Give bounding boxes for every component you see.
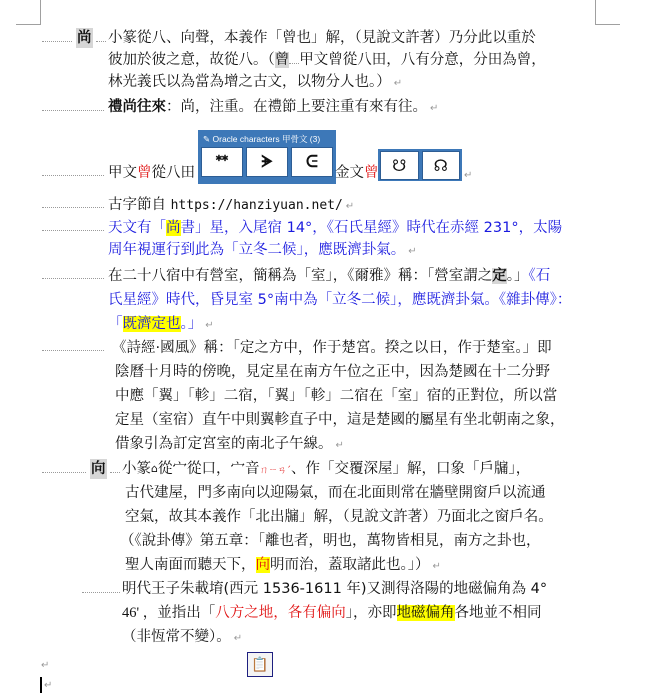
text-line: 天文有「尚書」星，入尾宿 14°，《石氏星經》時代在赤經 231°，太陽 — [108, 218, 562, 240]
text-span: 金文 — [335, 165, 364, 181]
red-char-zeng: 曾 — [137, 165, 152, 181]
page-corner-mark-left — [16, 0, 41, 25]
tab-leader — [42, 207, 104, 209]
oracle-line: 甲文曾從八田 — [108, 163, 195, 185]
text-line: （《說卦傳》第五章：「離也者，明也，萬物皆相見，南方之卦也， — [120, 531, 541, 553]
page-corner-mark-right — [595, 0, 620, 25]
text-line: 古代建屋，門多南向以迎陽氣，而在北面則常在牆壁開窗戶以流通 — [125, 483, 546, 505]
text-line: 氏星經》時代，昏見室 5°南中為「立冬二候」，應既濟卦氣。《雜卦傳》： — [108, 290, 571, 312]
text-line: 定星（室宿）直午中則翼軫直子中，這是楚國的屬星有坐北朝南之象， — [115, 410, 565, 432]
tab-leader — [42, 350, 104, 352]
text-line: 《詩經·國風》稱：「定之方中，作于楚宮。揆之以日，作于楚室。」即 — [112, 338, 552, 360]
text-span: 從宀從口，宀音 — [158, 461, 260, 477]
text-line: 小篆⌂從宀從口，宀音ㄇㄧㄢˊ、作「交覆深屋」解，口象「戶牖」， — [122, 459, 530, 481]
tab-leader — [42, 110, 104, 112]
text-span: 甲文曾從八田，八有分意，分田為曾， — [299, 52, 546, 68]
oracle-widget-title: Oracle characters 甲骨文 (3) — [213, 134, 321, 144]
oracle-widget-header: ✎ Oracle characters 甲骨文 (3) — [199, 131, 335, 147]
text-span: 。」 — [507, 268, 529, 284]
text-span: 《石 — [529, 268, 551, 284]
paragraph-mark: ↵ — [346, 201, 354, 212]
highlighted-char-zeng: 曾 — [275, 52, 290, 68]
highlighted-char-xiang: 向 — [256, 557, 271, 573]
idiom-definition: ：尚，注重。在禮節上要注重有來有往。 — [166, 99, 427, 115]
highlighted-char-ding: 定 — [492, 268, 507, 284]
oracle-characters-widget[interactable]: ✎ Oracle characters 甲骨文 (3) ᕯ ᗘ ᕮ — [198, 130, 336, 184]
tab-leader — [42, 472, 86, 474]
text-line: 在二十八宿中有營室，簡稱為「室」，《爾雅》稱：「營室謂之定。」《石 — [108, 266, 550, 288]
tab-leader — [96, 41, 106, 43]
paragraph-mark: ↵ — [336, 440, 344, 451]
text-line: 明代王子朱載堉(西元 1536-1611 年)又測得洛陽的地磁偏角為 4° — [122, 579, 547, 601]
paste-options-button[interactable]: 📋 — [247, 652, 273, 677]
bronze-glyph-image[interactable]: ☊ — [422, 151, 461, 180]
highlighted-char-shang: 尚 — [166, 220, 181, 236]
text-span: （非恆常不變）。 — [122, 629, 231, 645]
seal-glyph-inline: ⌂ — [151, 462, 158, 475]
text-cursor — [40, 677, 42, 693]
paragraph-mark: ↵ — [408, 246, 416, 257]
text-span: 在二十八宿中有營室，簡稱為「室」，《爾雅》稱：「營室謂之 — [108, 268, 492, 284]
tab-leader — [289, 63, 299, 64]
tab-leader — [110, 472, 120, 474]
text-span: 46' ，並指出「 — [122, 605, 215, 621]
text-span: 小篆 — [122, 461, 151, 477]
text-line: 聖人南面而聽天下，向明而治，蓋取諸此也。」）↵ — [125, 555, 441, 577]
text-span: 」，亦即 — [346, 605, 397, 621]
oracle-glyph-image[interactable]: ᕯ — [201, 147, 243, 177]
text-span: 古字節自 — [108, 197, 171, 213]
text-span: 周年視運行到此為「立冬二候」，應既濟卦氣。 — [108, 242, 405, 258]
bronze-label: 金文曾 — [335, 163, 379, 185]
highlighted-phrase: 既濟定也 — [123, 316, 181, 332]
red-char-zeng: 曾 — [364, 165, 379, 181]
text-span: 林光義氏以為當為增之古文，以物分人也。） — [108, 74, 391, 90]
text-line: 陰曆十月時的傍晚，見定星在南方午位之正中，因為楚國在十二分野 — [115, 362, 550, 384]
text-line: 46' ，並指出「八方之地，各有偏向」，亦即地磁偏角各地並不相同 — [122, 603, 542, 625]
text-span: 、作「交覆深屋」解，口象「戶牖」， — [291, 461, 530, 477]
text-span: 聖人南面而聽天下， — [125, 557, 256, 573]
text-line: （非恆常不變）。↵ — [122, 627, 242, 649]
paragraph-mark: ↵ — [234, 633, 242, 644]
tab-leader — [42, 41, 72, 43]
text-span: 從八田 — [152, 165, 196, 181]
bronze-characters-widget[interactable]: ☋ ☊ — [378, 149, 462, 181]
text-span: 各地並不相同 — [455, 605, 542, 621]
highlighted-phrase: 地磁偏角 — [397, 605, 455, 621]
text-span: 書」星，入尾宿 14°，《石氏星經》時代在赤經 231°，太陽 — [181, 220, 563, 236]
text-span: 借象引為訂定宮室的南北子午線。 — [115, 436, 333, 452]
edit-icon[interactable]: ✎ — [203, 134, 210, 144]
entry-headword-shang: 尚 — [76, 28, 93, 48]
text-span: 明而治，蓋取諸此也。」） — [270, 557, 430, 573]
oracle-glyph-image[interactable]: ᕮ — [291, 147, 333, 177]
tab-leader — [82, 592, 120, 594]
text-line: 小篆從八、向聲，本義作「曾也」解，（見說文許著）乃分此以重於 — [108, 28, 536, 50]
text-span: 「 — [108, 316, 123, 332]
idiom-line: 禮尚往來：尚，注重。在禮節上要注重有來有往。↵ — [108, 97, 438, 119]
paragraph-mark: ↵ — [44, 680, 52, 691]
paragraph-mark: ↵ — [433, 561, 441, 572]
oracle-glyph-image[interactable]: ᗘ — [246, 147, 288, 177]
idiom-term: 禮尚往來 — [108, 99, 166, 115]
text-span: 彼加於彼之意，故從八。（ — [108, 52, 275, 68]
text-span: 。」 — [181, 316, 203, 332]
paragraph-mark: ↵ — [394, 78, 402, 89]
text-line: 林光義氏以為當為增之古文，以物分人也。）↵ — [108, 72, 402, 94]
source-url[interactable]: https://hanziyuan.net/ — [171, 198, 343, 213]
zhuyin-pronunciation: ㄇㄧㄢˊ — [259, 466, 291, 476]
paragraph-mark: ↵ — [464, 170, 472, 181]
text-line: 空氣，故其本義作「北出牖」解，（見說文許著）乃面北之窗戶名。 — [125, 507, 553, 529]
text-span: 天文有「 — [108, 220, 166, 236]
text-line: 周年視運行到此為「立冬二候」，應既濟卦氣。↵ — [108, 240, 417, 262]
text-span: 甲文 — [108, 165, 137, 181]
bronze-glyph-image[interactable]: ☋ — [380, 151, 419, 180]
paragraph-mark: ↵ — [430, 103, 438, 114]
source-line: 古字節自 https://hanziyuan.net/↵ — [108, 195, 354, 217]
tab-leader — [42, 230, 104, 232]
text-line: 中應「翼」「軫」二宿，「翼」「軫」二宿在「室」宿的正對位，所以當 — [115, 386, 557, 408]
tab-leader — [42, 175, 104, 177]
tab-leader — [42, 278, 104, 280]
paragraph-mark: ↵ — [205, 320, 213, 331]
text-line: 借象引為訂定宮室的南北子午線。↵ — [115, 434, 344, 456]
entry-headword-xiang: 向 — [90, 459, 107, 479]
red-quote: 八方之地，各有偏向 — [215, 605, 346, 621]
text-line: 「既濟定也。」↵ — [108, 314, 214, 336]
text-line: 彼加於彼之意，故從八。（曾甲文曾從八田，八有分意，分田為曾， — [108, 50, 546, 72]
paragraph-mark: ↵ — [41, 660, 49, 671]
clipboard-icon: 📋 — [251, 657, 268, 673]
